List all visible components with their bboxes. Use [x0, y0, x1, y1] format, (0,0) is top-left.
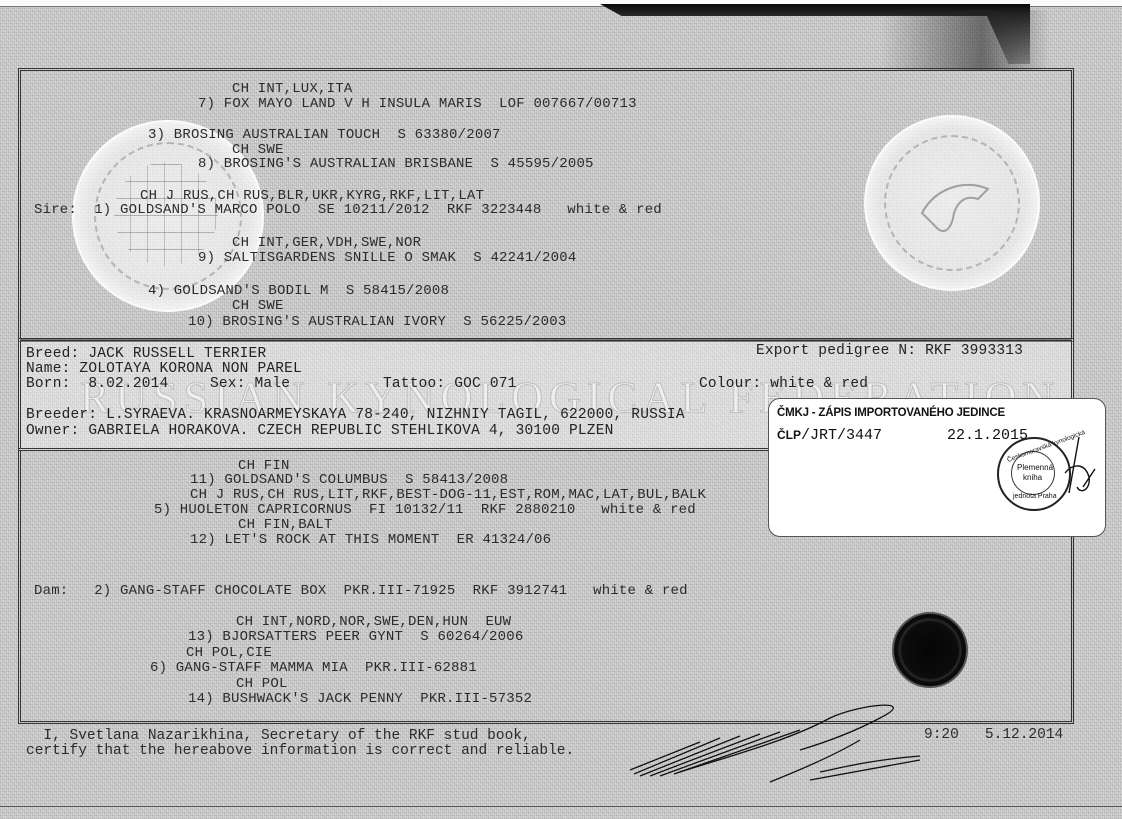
stamp-center-text-2: kniha [1023, 473, 1042, 482]
certification-line-2: certify that the hereabove information i… [26, 743, 574, 759]
dam-line-1: CH FIN [238, 459, 290, 473]
sire-line-10: 4) GOLDSAND'S BODIL M S 58415/2008 [148, 284, 449, 298]
tattoo-label: Tattoo: [383, 376, 445, 392]
certification-statement: I, Svetlana Nazarikhina, Secretary of th… [26, 729, 574, 759]
sire-line-9: 9) SALTISGARDENS SNILLE O SMAK S 42241/2… [198, 251, 576, 265]
dam-line-6: 12) LET'S ROCK AT THIS MOMENT ER 41324/0… [190, 533, 551, 547]
secretary-signature-icon [620, 700, 920, 790]
scan-shadow-gradient [880, 10, 1050, 70]
export-pedigree-label: Export pedigree N: [756, 343, 916, 359]
dam-line-4: 5) HUOLETON CAPRICORNUS FI 10132/11 RKF … [154, 503, 696, 517]
sex-row: Sex: Male [210, 377, 290, 391]
tattoo-value: GOC 071 [454, 376, 516, 392]
dam-line-3: CH J RUS,CH RUS,LIT,RKF,BEST-DOG-11,EST,… [190, 488, 706, 502]
name-row: Name: ZOLOTAYA KORONA NON PAREL [26, 362, 302, 376]
sire-line-3: 3) BROSING AUSTRALIAN TOUCH S 63380/2007 [148, 128, 501, 142]
sire-line-5: 8) BROSING'S AUSTRALIAN BRISBANE S 45595… [198, 157, 594, 171]
sire-line-12: 10) BROSING'S AUSTRALIAN IVORY S 56225/2… [188, 315, 566, 329]
born-row: Born: 8.02.2014 [26, 377, 168, 391]
sire-line-1: CH INT,LUX,ITA [232, 82, 352, 96]
certification-line-1: I, Svetlana Nazarikhina, Secretary of th… [26, 728, 531, 744]
sire-line-8: CH INT,GER,VDH,SWE,NOR [232, 236, 421, 250]
name-label: Name: [26, 361, 71, 377]
owner-value: GABRIELA HORAKOVA. CZECH REPUBLIC STEHLI… [88, 423, 613, 439]
certification-date: 5.12.2014 [985, 727, 1063, 743]
dam-line-7: Dam: 2) GANG-STAFF CHOCOLATE BOX PKR.III… [34, 584, 688, 598]
sire-line-4: CH SWE [232, 143, 284, 157]
sex-value: Male [255, 376, 291, 392]
breed-row: Breed: JACK RUSSELL TERRIER [26, 347, 266, 361]
scan-bottom-edge [0, 806, 1122, 807]
breed-label: Breed: [26, 346, 79, 362]
signature-icon [1059, 433, 1099, 513]
born-value: 8.02.2014 [88, 376, 168, 392]
dog-head-icon [866, 117, 1038, 289]
cmkj-import-sticker: ČMKJ - ZÁPIS IMPORTOVANÉHO JEDINCE ČLP/J… [768, 398, 1106, 537]
certification-timestamp: 9:20 5.12.2014 [924, 727, 1063, 743]
sire-line-7: Sire: 1) GOLDSAND'S MARCO POLO SE 10211/… [34, 203, 662, 217]
dam-line-13: 14) BUSHWACK'S JACK PENNY PKR.III-57352 [188, 692, 532, 706]
sire-line-6: CH J RUS,CH RUS,BLR,UKR,KYRG,RKF,LIT,LAT [140, 189, 484, 203]
breeder-row: Breeder: L.SYRAEVA. KRASNOARMEYSKAYA 78-… [26, 408, 685, 422]
colour-label: Colour: [699, 376, 761, 392]
tattoo-row: Tattoo: GOC 071 [383, 377, 517, 391]
colour-row: Colour: white & red [699, 377, 868, 391]
wax-seal-icon [892, 612, 968, 688]
sire-line-11: CH SWE [232, 299, 284, 313]
born-label: Born: [26, 376, 71, 392]
stamp-bottom-text: jednota Praha [1013, 493, 1057, 500]
dam-line-2: 11) GOLDSAND'S COLUMBUS S 58413/2008 [190, 473, 508, 487]
owner-row: Owner: GABRIELA HORAKOVA. CZECH REPUBLIC… [26, 424, 614, 438]
name-value: ZOLOTAYA KORONA NON PAREL [79, 361, 302, 377]
dam-line-5: CH FIN,BALT [238, 518, 333, 532]
certification-time: 9:20 [924, 727, 959, 743]
sticker-header: ČMKJ - ZÁPIS IMPORTOVANÉHO JEDINCE [777, 407, 1005, 419]
owner-label: Owner: [26, 423, 79, 439]
breeder-label: Breeder: [26, 407, 97, 423]
export-pedigree-row: Export pedigree N: RKF 3993313 [756, 344, 1023, 358]
sticker-number: /JRT/3447 [801, 427, 882, 444]
dam-line-11: 6) GANG-STAFF MAMMA MIA PKR.III-62881 [150, 661, 477, 675]
breeder-value: L.SYRAEVA. KRASNOARMEYSKAYA 78-240, NIZH… [106, 407, 685, 423]
dam-line-9: 13) BJORSATTERS PEER GYNT S 60264/2006 [188, 630, 523, 644]
sticker-prefix: ČLP [777, 428, 801, 442]
sticker-registration: ČLP/JRT/3447 [777, 427, 882, 444]
export-pedigree-number: RKF 3993313 [925, 343, 1023, 359]
stamp-center-text-1: Plemenná [1017, 463, 1053, 472]
sire-line-2: 7) FOX MAYO LAND V H INSULA MARIS LOF 00… [198, 97, 637, 111]
dam-line-8: CH INT,NORD,NOR,SWE,DEN,HUN EUW [236, 615, 511, 629]
colour-value: white & red [770, 376, 868, 392]
breed-value: JACK RUSSELL TERRIER [88, 346, 266, 362]
rkf-seal-icon [864, 115, 1040, 291]
dam-line-10: CH POL,CIE [186, 646, 272, 660]
sex-label: Sex: [210, 376, 246, 392]
dam-line-12: CH POL [236, 677, 288, 691]
